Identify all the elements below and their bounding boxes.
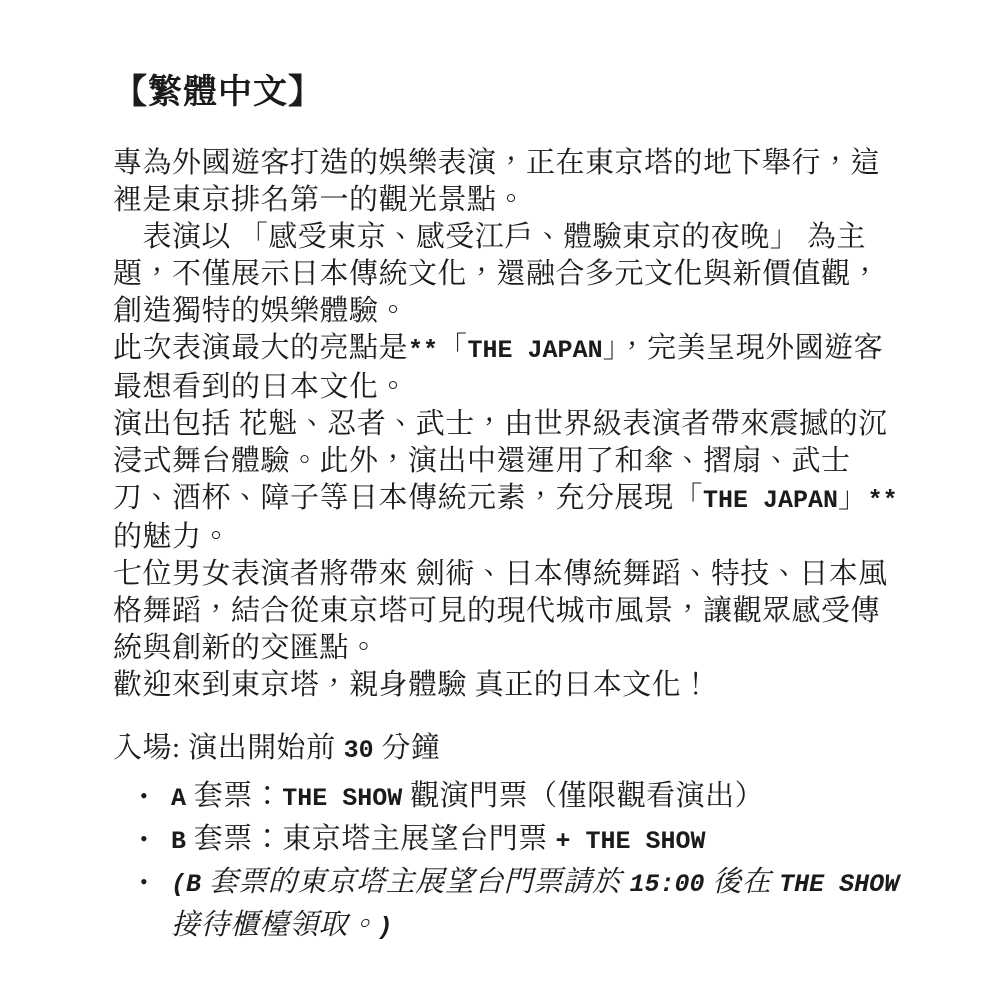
paragraph-text: 「 xyxy=(438,332,468,364)
document-page: 【繁體中文】 專為外國遊客打造的娛樂表演，正在東京塔的地下舉行，這裡是東京排名第… xyxy=(0,0,1000,948)
paragraph-text: 歡迎來到東京塔，親身體驗 真正的日本文化！ xyxy=(113,669,711,701)
note-close-paren: ) xyxy=(378,913,393,942)
body-text: 專為外國遊客打造的娛樂表演，正在東京塔的地下舉行，這裡是東京排名第一的觀光景點。… xyxy=(113,145,900,704)
heading-text: 入場: 演出開始前 xyxy=(113,732,344,764)
page-title: 【繁體中文】 xyxy=(113,72,900,115)
paragraph-highlight: 此次表演最大的亮點是**「THE JAPAN」，完美呈現外國遊客最想看到的日本文… xyxy=(113,330,900,406)
admission-section: 入場: 演出開始前 30 分鐘 • A 套票：THE SHOW 觀演門票（僅限觀… xyxy=(113,730,900,948)
minutes-value: 30 xyxy=(344,736,374,765)
ticket-a-text: A 套票：THE SHOW 觀演門票（僅限觀看演出） xyxy=(171,776,900,819)
asterisk-marker: ** xyxy=(868,486,898,515)
list-item-ticket-a: • A 套票：THE SHOW 觀演門票（僅限觀看演出） xyxy=(113,776,900,819)
show-name-the-show: + THE SHOW xyxy=(556,827,706,856)
heading-text: 分鐘 xyxy=(374,732,441,764)
paragraph-theme: 表演以 「感受東京、感受江戶、體驗東京的夜晚」 為主題，不僅展示日本傳統文化，還… xyxy=(113,219,900,330)
bullet-icon: • xyxy=(140,776,171,816)
note-open-paren: (B xyxy=(171,870,201,899)
list-item-ticket-b-note: • (B 套票的東京塔主展望台門票請於 15:00 後在 THE SHOW 接待… xyxy=(113,862,900,948)
paragraph-text: 專為外國遊客打造的娛樂表演，正在東京塔的地下舉行，這裡是東京排名第一的觀光景點。 xyxy=(113,147,880,216)
ticket-a-label: A xyxy=(171,784,186,813)
show-name-the-show: THE SHOW xyxy=(282,784,402,813)
list-item-ticket-b: • B 套票：東京塔主展望台門票 + THE SHOW xyxy=(113,819,900,862)
bullet-icon: • xyxy=(140,862,171,902)
paragraph-text: 」 xyxy=(838,482,868,514)
ticket-a-desc: 套票： xyxy=(186,780,282,812)
paragraph-text: 表演以 「感受東京、感受江戶、體驗東京的夜晚」 為主題，不僅展示日本傳統文化，還… xyxy=(113,221,880,327)
ticket-b-desc: 套票：東京塔主展望台門票 xyxy=(186,823,556,855)
note-text: 套票的東京塔主展望台門票請於 xyxy=(201,866,630,898)
show-name-the-show: THE SHOW xyxy=(779,870,899,899)
admission-heading: 入場: 演出開始前 30 分鐘 xyxy=(113,730,900,769)
show-name-the-japan: THE JAPAN xyxy=(703,486,838,515)
paragraph-welcome: 歡迎來到東京塔，親身體驗 真正的日本文化！ xyxy=(113,667,900,704)
ticket-b-label: B xyxy=(171,827,186,856)
ticket-b-pickup-note: (B 套票的東京塔主展望台門票請於 15:00 後在 THE SHOW 接待櫃檯… xyxy=(171,862,900,948)
ticket-b-text: B 套票：東京塔主展望台門票 + THE SHOW xyxy=(171,819,900,862)
note-text: 後在 xyxy=(705,866,780,898)
paragraph-text: 七位男女表演者將帶來 劍術、日本傳統舞蹈、特技、日本風格舞蹈，結合從東京塔可見的… xyxy=(113,558,888,664)
pickup-time-value: 15:00 xyxy=(630,870,705,899)
bullet-icon: • xyxy=(140,819,171,859)
ticket-list: • A 套票：THE SHOW 觀演門票（僅限觀看演出） • B 套票：東京塔主… xyxy=(113,776,900,948)
ticket-a-note: 觀演門票（僅限觀看演出） xyxy=(402,780,764,812)
paragraph-text: 此次表演最大的亮點是 xyxy=(113,332,408,364)
paragraph-intro: 專為外國遊客打造的娛樂表演，正在東京塔的地下舉行，這裡是東京排名第一的觀光景點。 xyxy=(113,145,900,219)
paragraph-performers: 七位男女表演者將帶來 劍術、日本傳統舞蹈、特技、日本風格舞蹈，結合從東京塔可見的… xyxy=(113,556,900,667)
paragraph-performance: 演出包括 花魁、忍者、武士，由世界級表演者帶來震撼的沉浸式舞台體驗。此外，演出中… xyxy=(113,406,900,556)
asterisk-marker: ** xyxy=(408,336,438,365)
show-name-the-japan: THE JAPAN xyxy=(468,336,603,365)
